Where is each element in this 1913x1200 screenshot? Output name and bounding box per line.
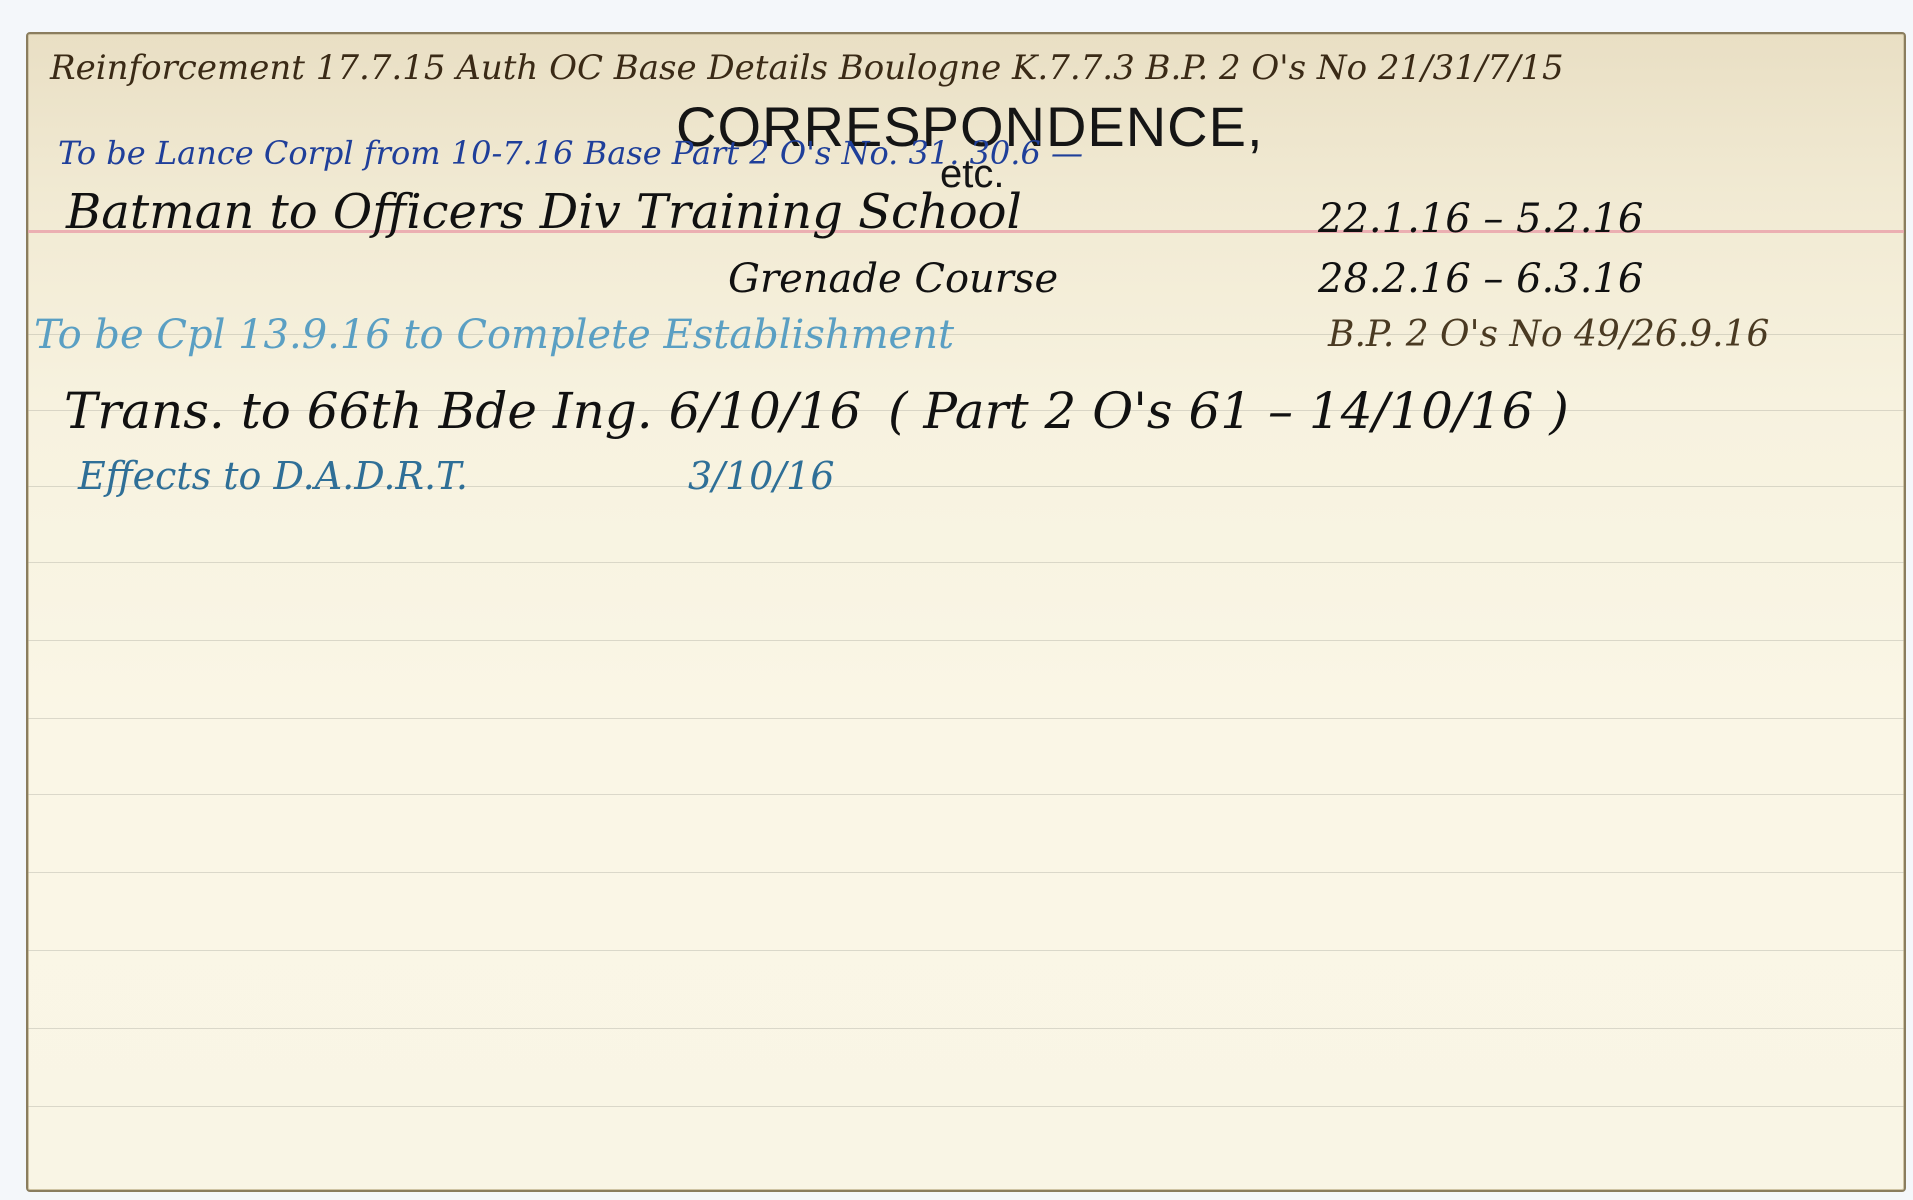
ruled-line — [28, 562, 1904, 563]
entry-corporal-note: B.P. 2 O's No 49/26.9.16 — [1328, 314, 1769, 355]
ruled-line — [28, 872, 1904, 873]
entry-lance-corporal: To be Lance Corpl from 10-7.16 Base Part… — [58, 134, 1083, 172]
entry-corporal: To be Cpl 13.9.16 to Complete Establishm… — [34, 312, 954, 358]
ruled-line — [28, 794, 1904, 795]
entry-transfer: Trans. to 66th Bde Ing. 6/10/16 — [64, 382, 861, 440]
entry-reinforcement: Reinforcement 17.7.15 Auth OC Base Detai… — [50, 48, 1564, 88]
ruled-line — [28, 950, 1904, 951]
entry-batman: Batman to Officers Div Training School — [66, 184, 1022, 240]
entry-effects: Effects to D.A.D.R.T. — [78, 454, 468, 498]
index-card: CORRESPONDENCE, etc. Reinforcement 17.7.… — [26, 32, 1906, 1192]
ruled-line — [28, 640, 1904, 641]
entry-effects-date: 3/10/16 — [688, 454, 835, 498]
entry-transfer-note: ( Part 2 O's 61 – 14/10/16 ) — [888, 382, 1569, 440]
ruled-line — [28, 718, 1904, 719]
ruled-line — [28, 1028, 1904, 1029]
entry-batman-dates: 22.1.16 – 5.2.16 — [1318, 196, 1643, 242]
ruled-line — [28, 1106, 1904, 1107]
entry-grenade: Grenade Course — [728, 256, 1058, 302]
entry-grenade-dates: 28.2.16 – 6.3.16 — [1318, 256, 1643, 302]
